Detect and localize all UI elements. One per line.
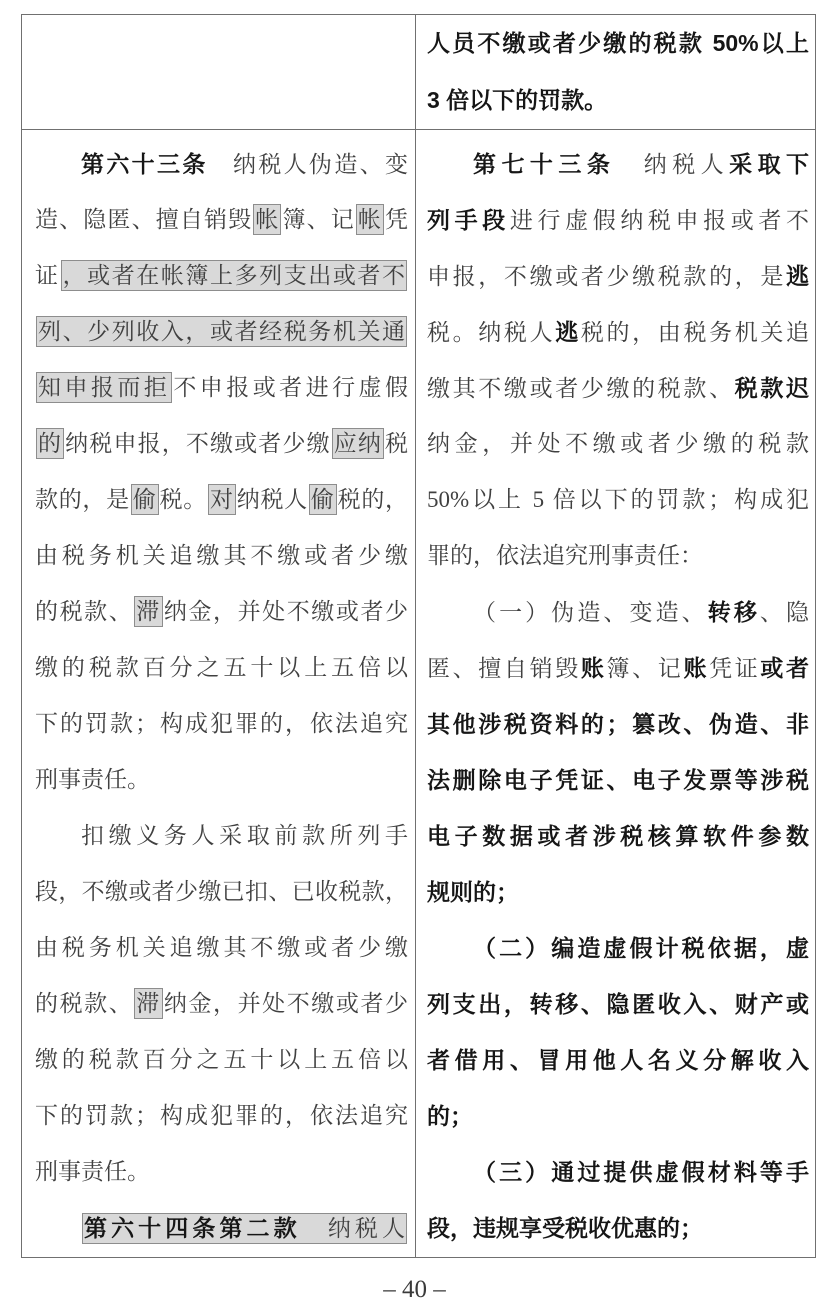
bold-text-run: 人员不缴或者少缴的税款 50%以上 [427,30,809,56]
text-run: 税。 [160,487,207,512]
text-run: 造、隐匿、擅自销毁 [35,207,252,232]
bold-text-run: 电子数据或者涉税核算软件参数 [427,823,809,849]
text-run: ，或者在帐簿上多列支出或者不 [63,263,405,288]
text-line: 税。纳税人逃税的，由税务机关追 [427,304,809,360]
text-line: 者借用、冒用他人名义分解收入 [427,1032,809,1088]
text-run: 凭 [385,207,408,232]
text-line: 列手段进行虚假纳税申报或者不 [427,192,809,248]
bold-text-run: 转移 [708,599,760,625]
text-line: 缴的税款百分之五十以上五倍以 [35,640,408,696]
bold-text-run: 规则的； [427,879,519,905]
text-run: 列、少列收入，或者经税务机关通 [38,319,405,344]
text-run: 纳税人 [237,487,308,512]
deleted-text-highlight: 帐 [253,204,281,235]
text-line: 电子数据或者涉税核算软件参数 [427,808,809,864]
text-run: 偷 [311,487,335,512]
deleted-text-highlight: 滞 [134,988,163,1019]
text-run: 的税款、 [35,991,133,1016]
bold-text-run: 者借用、冒用他人名义分解收入 [427,1047,809,1073]
deleted-text-highlight: 第六十四条第二款 纳税人 [82,1213,407,1244]
text-line: 缴的税款百分之五十以上五倍以 [35,1032,408,1088]
text-line: 缴其不缴或者少缴的税款、税款迟 [427,360,809,416]
bold-text-run: （三）通过提供虚假材料等手 [473,1159,809,1185]
text-line: （一）伪造、变造、转移、隐 [427,584,809,640]
text-line: 第六十四条第二款 纳税人 [35,1200,408,1256]
text-line: 第六十三条 纳税人伪造、变 [35,136,408,192]
deleted-text-highlight: 滞 [134,596,163,627]
text-line: 知申报而拒不申报或者进行虚假 [35,360,408,416]
page-number: – 40 – [0,1274,829,1306]
text-line: 第七十三条 纳税人采取下 [427,136,809,192]
text-line: 证，或者在帐簿上多列支出或者不 [35,248,408,304]
text-run: 的 [38,431,62,456]
text-run: 纳税人 [615,152,729,177]
deleted-text-highlight: 的 [36,428,64,459]
text-line: 其他涉税资料的；篡改、伪造、非 [427,696,809,752]
table-row-articles: 第六十三条 纳税人伪造、变造、隐匿、擅自销毁帐簿、记帐凭证，或者在帐簿上多列支出… [22,130,815,1257]
text-run: 簿、记 [607,656,684,681]
bold-text-run: 第六十四条第二款 [84,1215,301,1241]
text-run: 50%以上 5 倍以下的罚款；构成犯 [427,487,809,512]
text-line: 款的，是偷税。对纳税人偷税的， [35,472,408,528]
text-run: 缴的税款百分之五十以上五倍以 [35,1047,408,1072]
text-line: 由税务机关追缴其不缴或者少缴 [35,920,408,976]
text-run: 缴其不缴或者少缴的税款、 [427,376,735,401]
text-run: 税的，由税务机关追 [581,320,809,345]
text-line: 列、少列收入，或者经税务机关通 [35,304,408,360]
text-run: 的税款、 [35,599,133,624]
text-line: 造、隐匿、擅自销毁帐簿、记帐凭 [35,192,408,248]
text-line: 刑事责任。 [35,752,408,808]
text-line: 刑事责任。 [35,1144,408,1200]
text-line: 的税款、滞纳金，并处不缴或者少 [35,584,408,640]
text-line: 的纳税申报，不缴或者少缴应纳税 [35,416,408,472]
text-run: 款的，是 [35,487,130,512]
text-run: 应纳 [334,431,382,456]
bold-text-run: 法删除电子凭证、电子发票等涉税 [427,767,809,793]
bold-text-run: 列手段 [427,207,510,233]
text-line: 50%以上 5 倍以下的罚款；构成犯 [427,472,809,528]
text-line: 下的罚款；构成犯罪的，依法追究 [35,1088,408,1144]
text-line: （三）通过提供虚假材料等手 [427,1144,809,1200]
deleted-text-highlight: 应纳 [332,428,384,459]
text-line: 段，违规享受税收优惠的； [427,1200,809,1256]
document-page: 人员不缴或者少缴的税款 50%以上3 倍以下的罚款。 第六十三条 纳税人伪造、变… [0,0,829,1309]
bold-text-run: 账 [683,655,709,681]
bold-text-run: 采取下 [729,151,809,177]
new-law-article-73-cell: 第七十三条 纳税人采取下列手段进行虚假纳税申报或者不申报，不缴或者少缴税款的，是… [416,130,815,1257]
old-law-cell-top [22,15,416,129]
bold-text-run: 段，违规享受税收优惠的； [427,1215,703,1241]
text-line: 3 倍以下的罚款。 [427,72,809,129]
bold-text-run: 账 [581,655,607,681]
text-run: 纳税人 [301,1216,405,1241]
deleted-text-highlight: ，或者在帐簿上多列支出或者不 [61,260,407,291]
text-line: 的税款、滞纳金，并处不缴或者少 [35,976,408,1032]
text-line: 人员不缴或者少缴的税款 50%以上 [427,15,809,72]
deleted-text-highlight: 偷 [131,484,159,515]
text-run: 刑事责任。 [35,1159,150,1184]
text-run: 段，不缴或者少缴已扣、已收税款， [35,879,408,904]
table-row-carryover: 人员不缴或者少缴的税款 50%以上3 倍以下的罚款。 [22,15,815,130]
text-line: 罪的，依法追究刑事责任： [427,528,809,584]
text-run: 申报，不缴或者少缴税款的，是 [427,264,786,289]
text-run: 下的罚款；构成犯罪的，依法追究 [35,1103,408,1128]
deleted-text-highlight: 对 [208,484,236,515]
text-run: 帐 [358,207,382,232]
deleted-text-highlight: 知申报而拒 [36,372,172,403]
text-run: 对 [210,487,234,512]
text-run: 纳税申报，不缴或者少缴 [65,431,331,456]
deleted-text-highlight: 帐 [356,204,384,235]
text-line: 申报，不缴或者少缴税款的，是逃 [427,248,809,304]
bold-text-run: （二）编造虚假计税依据，虚 [473,935,809,961]
text-run: 匿、擅自销毁 [427,656,581,681]
text-run: （一）伪造、变造、 [473,600,708,625]
text-line: 下的罚款；构成犯罪的，依法追究 [35,696,408,752]
text-run: 纳金，并处不缴或者少 [164,991,408,1016]
text-run: 偷 [133,487,157,512]
text-run: 滞 [136,991,161,1016]
old-law-article-63-cell: 第六十三条 纳税人伪造、变造、隐匿、擅自销毁帐簿、记帐凭证，或者在帐簿上多列支出… [22,130,416,1257]
text-run: 帐 [255,207,279,232]
text-run: 纳税人伪造、变 [208,152,408,177]
text-run: 刑事责任。 [35,767,150,792]
bold-text-run: 列支出，转移、隐匿收入、财产或 [427,991,809,1017]
text-run: 证 [35,263,60,288]
text-line: 纳金，并处不缴或者少缴的税款 [427,416,809,472]
bold-text-run: 第六十三条 [81,151,208,177]
text-line: 段，不缴或者少缴已扣、已收税款， [35,864,408,920]
bold-text-run: 其他涉税资料的；篡改、伪造、非 [427,711,809,737]
text-run: 、隐 [760,600,809,625]
bold-text-run: 税款迟 [735,375,809,401]
text-line: 由税务机关追缴其不缴或者少缴 [35,528,408,584]
text-run: 知申报而拒 [38,375,170,400]
text-line: 的； [427,1088,809,1144]
text-run: 扣缴义务人采取前款所列手 [81,823,408,848]
text-line: 列支出，转移、隐匿收入、财产或 [427,976,809,1032]
bold-text-run: 逃 [555,319,581,345]
bold-text-run: 的； [427,1103,473,1129]
bold-text-run: 3 倍以下的罚款。 [427,87,607,113]
text-run: 由税务机关追缴其不缴或者少缴 [35,935,408,960]
text-line: 匿、擅自销毁账簿、记账凭证或者 [427,640,809,696]
text-run: 罪的，依法追究刑事责任： [427,543,703,568]
new-law-cell-top: 人员不缴或者少缴的税款 50%以上3 倍以下的罚款。 [416,15,815,129]
text-run: 下的罚款；构成犯罪的，依法追究 [35,711,408,736]
text-line: 规则的； [427,864,809,920]
text-run: 纳金，并处不缴或者少缴的税款 [427,431,809,456]
text-run: 税。纳税人 [427,320,555,345]
text-run: 凭证 [709,656,760,681]
bold-text-run: 或者 [760,655,809,681]
text-run: 税 [385,431,408,456]
text-run: 簿、记 [282,207,354,232]
deleted-text-highlight: 偷 [309,484,337,515]
deleted-text-highlight: 列、少列收入，或者经税务机关通 [36,316,407,347]
text-run: 缴的税款百分之五十以上五倍以 [35,655,408,680]
bold-text-run: 逃 [786,263,809,289]
law-comparison-table: 人员不缴或者少缴的税款 50%以上3 倍以下的罚款。 第六十三条 纳税人伪造、变… [21,14,816,1258]
text-line: （二）编造虚假计税依据，虚 [427,920,809,976]
text-run: 进行虚假纳税申报或者不 [510,208,809,233]
bold-text-run: 第七十三条 [473,151,615,177]
text-line: 法删除电子凭证、电子发票等涉税 [427,752,809,808]
text-run: 滞 [136,599,161,624]
text-run: 纳金，并处不缴或者少 [164,599,408,624]
text-run: 税的， [338,487,408,512]
text-line: 扣缴义务人采取前款所列手 [35,808,408,864]
text-run: 不申报或者进行虚假 [173,375,408,400]
text-run: 由税务机关追缴其不缴或者少缴 [35,543,408,568]
